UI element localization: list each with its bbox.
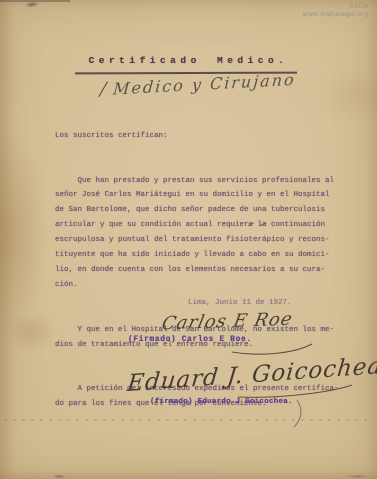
signature-2-typed-line: (firmado) Eduardo J Goicochea.: [150, 398, 293, 406]
scanned-document-page: AJCM www.mariategui.org Certificado Medi…: [0, 0, 377, 479]
watermark-archive-code: AJCM: [303, 3, 369, 11]
bottom-right-speck: [341, 474, 375, 479]
paragraph-1: Que han prestado y prestan sus servicios…: [55, 174, 340, 293]
salutation-line: Los suscritos certifican:: [55, 129, 340, 144]
bottom-left-speck: [50, 474, 68, 479]
annotation-text: Medico y Cirujano: [112, 70, 296, 99]
date-line: Lima, Junio 11 de 1927.: [188, 299, 292, 307]
insertion-caret-mark: /: [99, 79, 109, 101]
document-title: Certificado Medico.: [0, 55, 377, 66]
ink-smudge: [22, 0, 43, 9]
watermark-url: www.mariategui.org: [303, 11, 369, 19]
watermark: AJCM www.mariategui.org: [303, 3, 369, 18]
signature-1-typed-line: (Firmado) Carlos E Roe.: [128, 336, 252, 344]
bleedthrough-text-line: [4, 419, 374, 421]
